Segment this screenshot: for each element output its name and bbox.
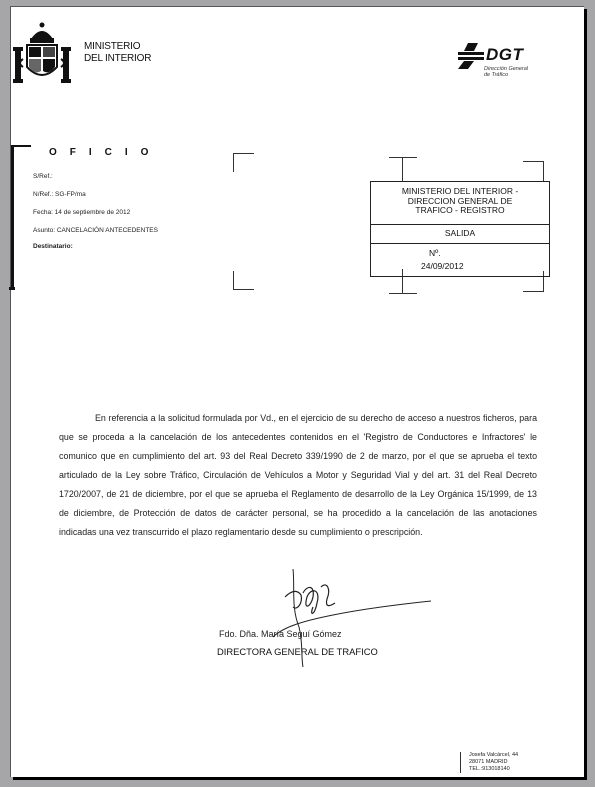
stamp-salida: SALIDA [371,225,549,244]
s-ref: S/Ref.: [33,173,53,180]
destinatario: Destinatario: [33,243,73,250]
address-corner-tm [389,157,417,182]
stamp-line-3: TRAFICO - REGISTRO [371,206,549,216]
letter-body: En referencia a la solicitud formulada p… [59,409,537,542]
dgt-subtitle-line-2: de Tráfico [484,72,528,78]
dgt-cross-icon [456,43,486,69]
dgt-subtitle: Dirección General de Tráfico [484,66,528,78]
registry-stamp: MINISTERIO DEL INTERIOR - DIRECCION GENE… [370,181,550,277]
dgt-logo: DGT Dirección General de Tráfico [456,43,546,85]
stamp-number-label: Nº. [421,247,549,260]
address-phone: TEL.:913018140 [469,766,518,773]
n-ref: N/Ref.: SG-FP/ma [33,191,86,198]
asunto: Asunto: CANCELACIÓN ANTECEDENTES [33,227,158,234]
ministry-name: MINISTERIO DEL INTERIOR [84,41,151,65]
signatory-title: DIRECTORA GENERAL DE TRAFICO [217,646,378,657]
address-corner-tl [233,153,254,172]
fecha: Fecha: 14 de septiembre de 2012 [33,209,130,216]
address-tick-tm [402,157,403,181]
ministry-line-1: MINISTERIO [84,41,151,53]
document-page: MINISTERIO DEL INTERIOR DGT Dirección Ge… [10,6,584,777]
address-corner-bl [233,271,254,290]
stamp-header: MINISTERIO DEL INTERIOR - DIRECCION GENE… [371,182,549,225]
oficio-title: OFICIO [49,147,161,158]
address-line-2: 28071 MADRID [469,759,518,766]
body-paragraph: En referencia a la solicitud formulada p… [59,409,537,542]
address-corner-bm [389,277,417,294]
signatory-name: Fdo. Dña. María Seguí Gómez [219,629,342,639]
address-corner-tr [523,161,544,182]
dgt-wordmark: DGT [486,45,523,65]
oficio-bracket [11,145,31,287]
coat-of-arms-icon [13,19,71,85]
stamp-number-block: Nº. 24/09/2012 [371,244,549,273]
address-line-1: Josefa Valcárcel, 44 [469,752,518,759]
ministry-line-2: DEL INTERIOR [84,53,151,65]
footer-address: Josefa Valcárcel, 44 28071 MADRID TEL.:9… [460,752,518,773]
stamp-date: 24/09/2012 [421,260,549,273]
